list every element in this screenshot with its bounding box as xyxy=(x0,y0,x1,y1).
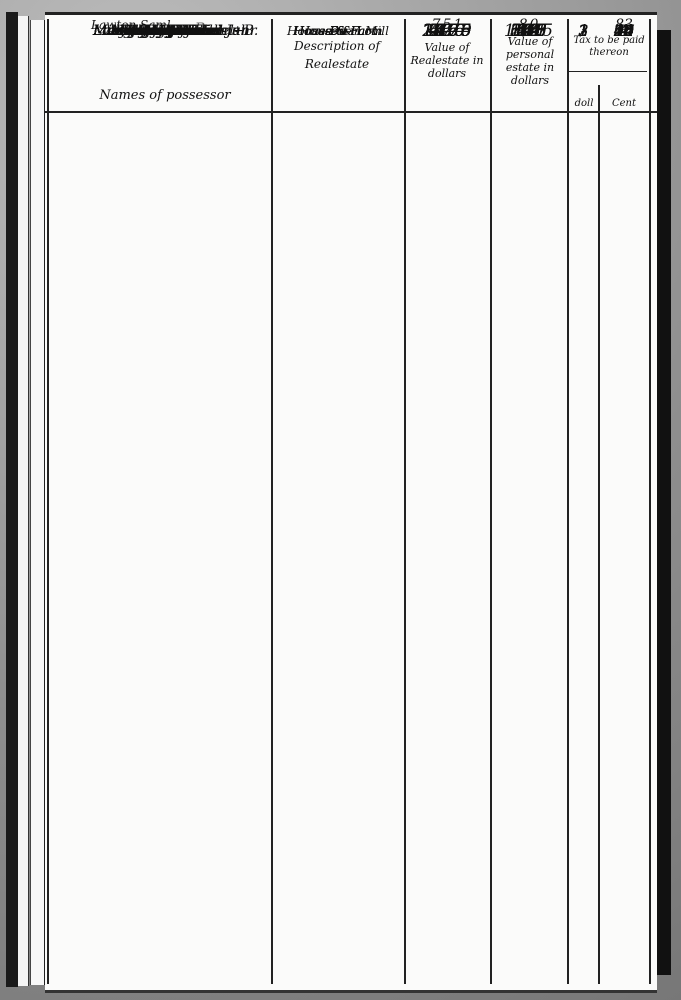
column-rule xyxy=(649,19,651,984)
book-right-edge-shadow xyxy=(657,30,671,975)
cell-tax-cent: 4 xyxy=(600,15,648,47)
cell-personal-value: 42 xyxy=(492,15,567,47)
column-rule xyxy=(490,19,492,984)
book-binding-shadow xyxy=(6,12,18,987)
cell-description: — — xyxy=(273,15,403,47)
column-rule xyxy=(598,85,600,984)
cell-real-value: — xyxy=(406,15,490,47)
book-page-edge-inner xyxy=(30,20,46,985)
column-header-tax-doll: doll xyxy=(569,97,599,110)
column-rule xyxy=(47,19,49,984)
column-rule xyxy=(271,19,273,984)
column-header-tax-cent: Cent xyxy=(601,97,647,110)
book-page-edge xyxy=(18,16,29,986)
header-rule xyxy=(45,111,657,113)
ledger-page: B Names of possessor Description of Real… xyxy=(45,12,657,993)
column-header-name: Names of possessor xyxy=(65,89,265,102)
column-rule xyxy=(567,19,569,984)
tax-header-rule xyxy=(569,71,647,72)
cell-tax-doll: - xyxy=(569,15,598,47)
column-rule xyxy=(404,19,406,984)
ledger-table: B Names of possessor Description of Real… xyxy=(45,15,657,990)
cell-name: Murray James xyxy=(111,15,296,47)
